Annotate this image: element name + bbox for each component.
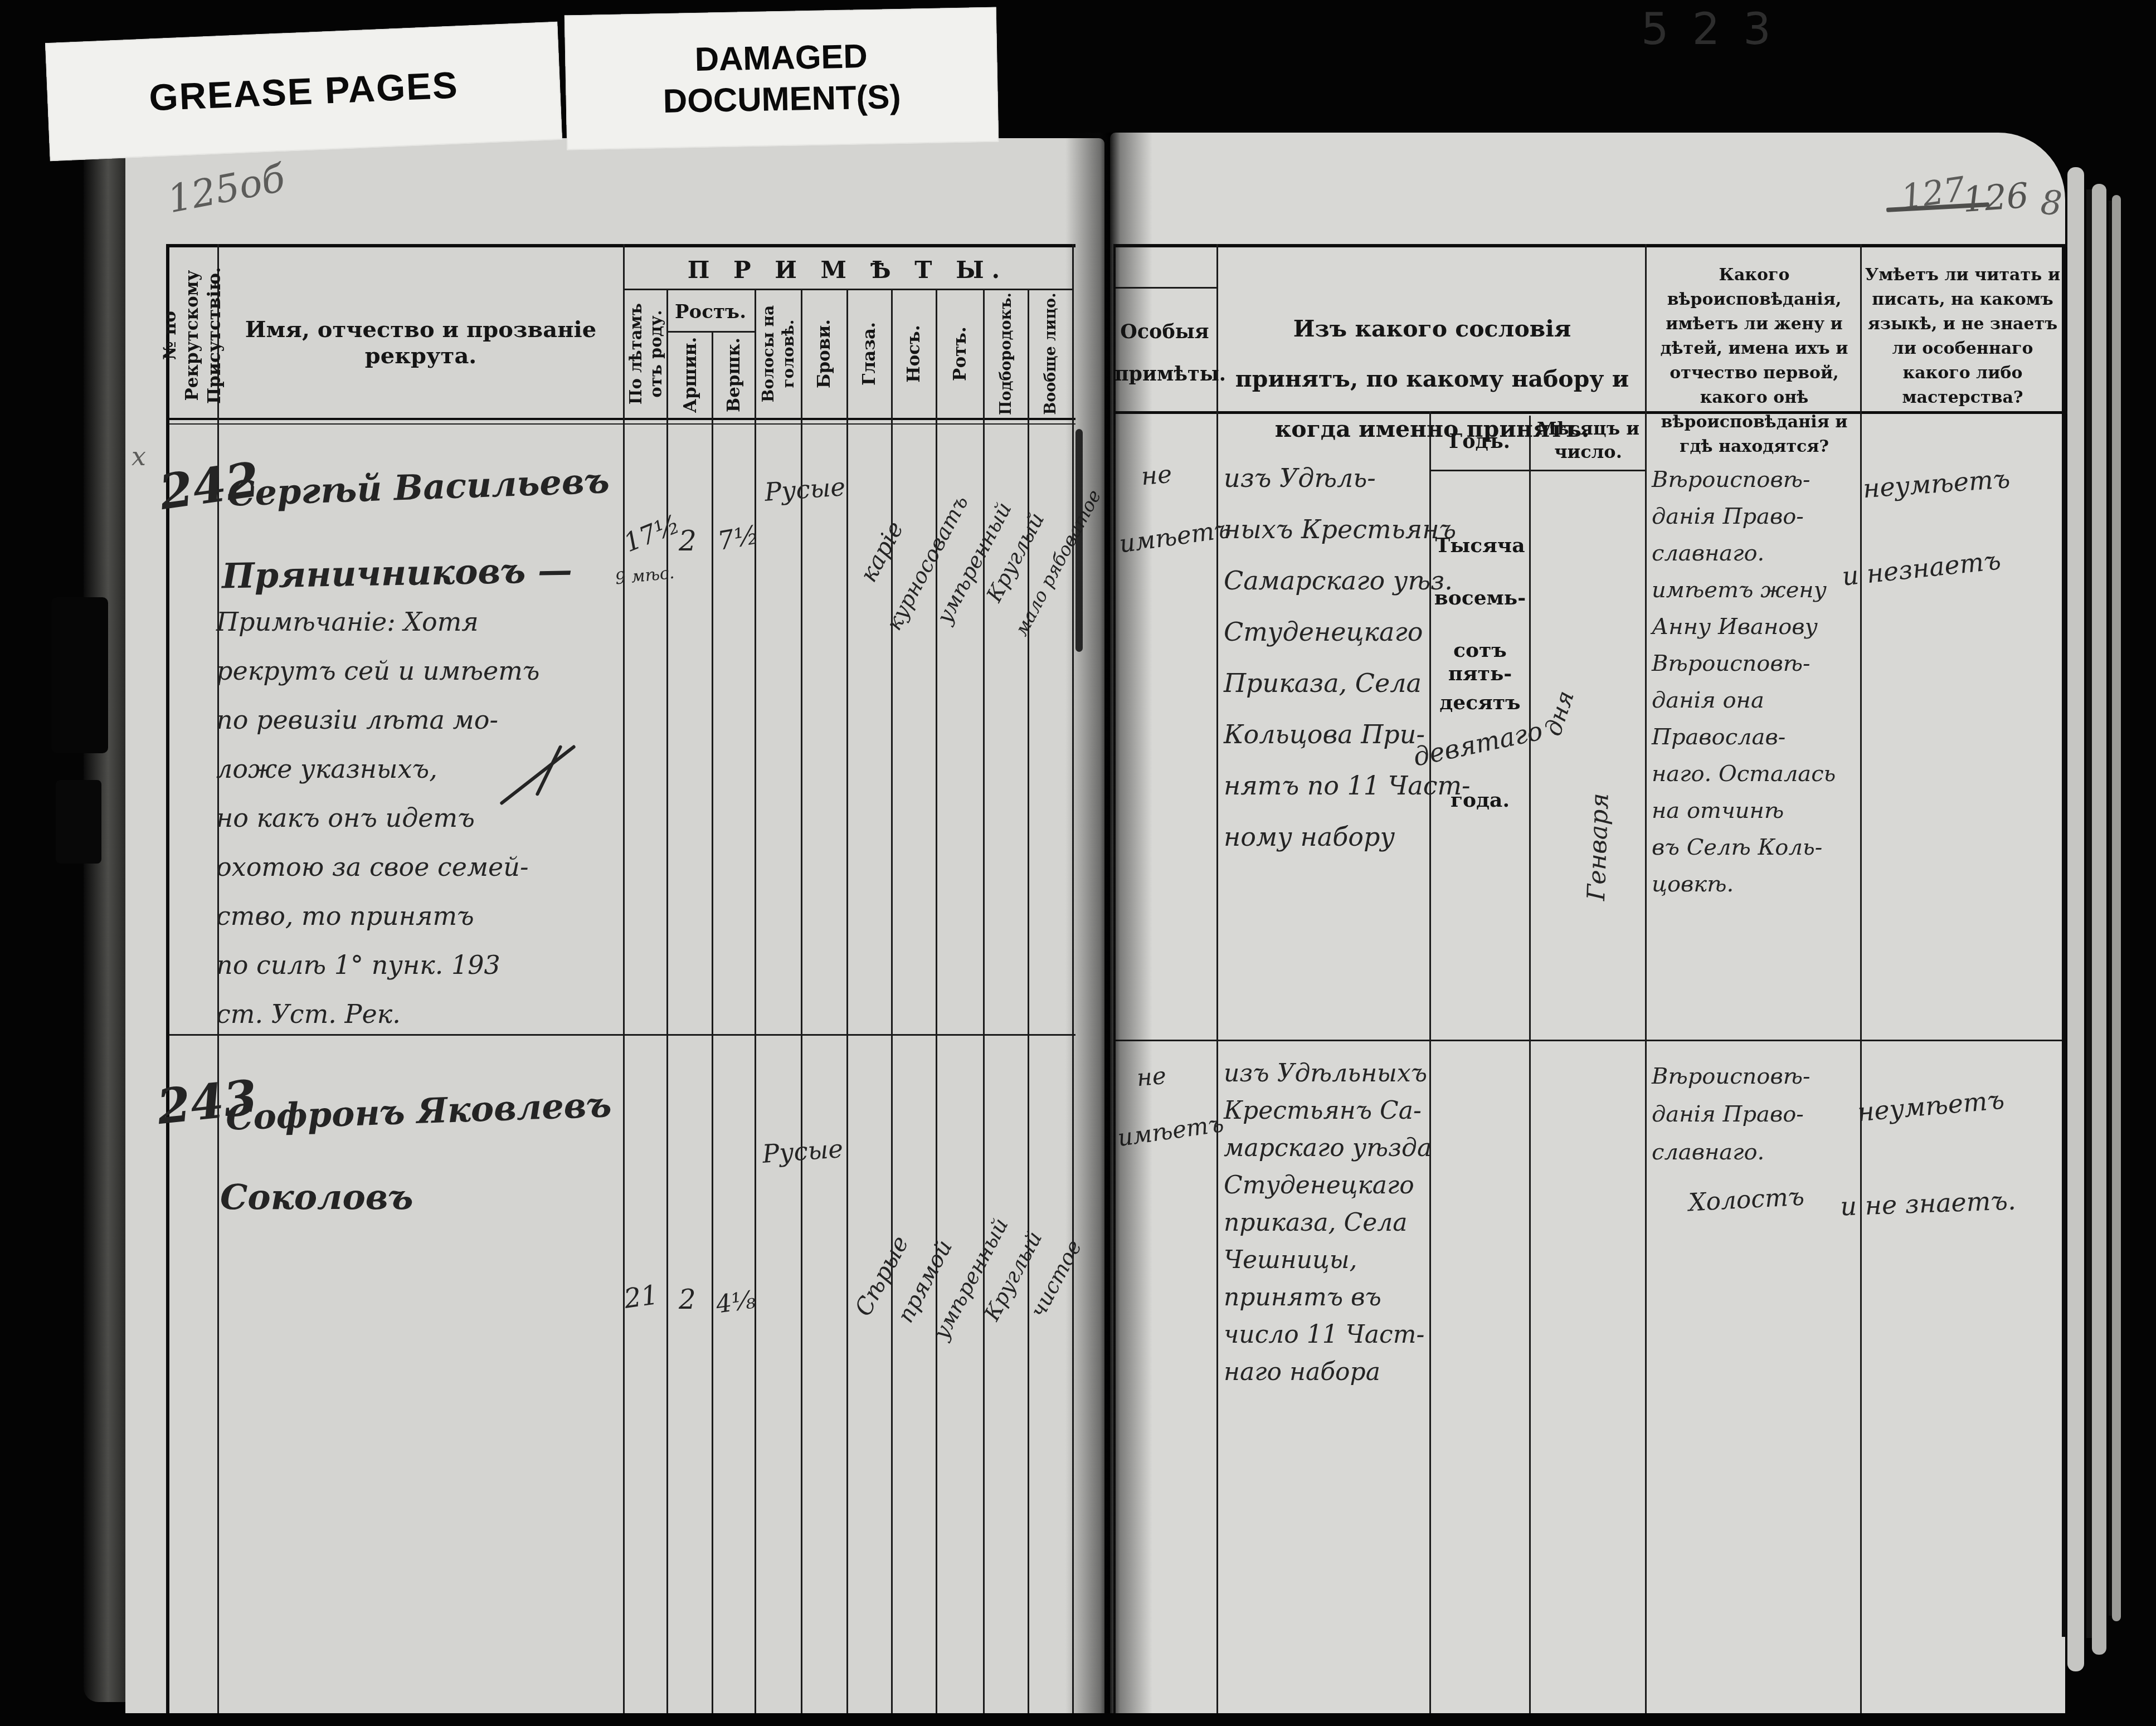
col-header-brovi: Брови. (803, 291, 845, 417)
soslovie-line: принятъ въ (1224, 1279, 1430, 1316)
col-header-recruit-number: № по Рекрутскому Присутствію. (168, 254, 216, 417)
soslovie-line: Студенецкаго (1224, 606, 1430, 657)
table-line (1645, 244, 1647, 1713)
note-line: Примѣчаніе: Хотя (216, 597, 623, 646)
vershok-value: 4⅛ (714, 1285, 757, 1319)
table-line (1216, 244, 1218, 1713)
page-edge-gap-1 (2086, 189, 2092, 1638)
vera-entry: Вѣроисповѣ- данія Право- славнаго. (1652, 1057, 1858, 1171)
soslovie-line: Приказа, Села (1224, 657, 1430, 709)
table-line (1429, 470, 1647, 471)
arshin-value: 2 (679, 1284, 696, 1315)
table-line (666, 331, 755, 333)
edge-number: 8 (2040, 183, 2063, 223)
soslovie-line: ному набору (1224, 811, 1430, 862)
page-edge-stack-1 (2067, 167, 2084, 1671)
table-line (2062, 244, 2066, 1637)
recruit-name-line: Соколовъ (220, 1177, 413, 1217)
soslovie-line: Крестьянъ Са- (1224, 1092, 1430, 1129)
vera-line: Вѣроисповѣ- (1652, 1057, 1858, 1095)
soslovie-line: Студенецкаго (1224, 1167, 1430, 1204)
soslovie-line: наго набора (1224, 1353, 1430, 1391)
col-header-podborodok: Подбородокъ. (985, 291, 1026, 417)
soslovie-line: приказа, Села (1224, 1204, 1430, 1241)
table-line (1113, 1040, 2065, 1041)
note-line: рекрутъ сей и имѣетъ (216, 646, 623, 695)
soslovie-line: число 11 Част- (1224, 1316, 1430, 1353)
vera-line: въ Селѣ Коль- (1652, 829, 1858, 866)
col-header-name: Имя, отчество и прозваніе рекрута. (223, 316, 619, 369)
page-edge-stack-2 (2092, 184, 2106, 1655)
table-line (936, 289, 937, 1713)
year-printed-line: Тысяча (1430, 534, 1530, 557)
month-handwritten: Генваря (1582, 793, 1614, 901)
damaged-label-line2: DOCUMENT(S) (663, 76, 901, 122)
year-printed-line: года. (1430, 788, 1530, 812)
vera-entry: Вѣроисповѣ- данія Право- славнаго. имѣет… (1652, 461, 1858, 903)
volosy-value: Русые (763, 472, 846, 507)
vera-line: наго. Осталась (1652, 755, 1858, 792)
vera-line: Анну Иванову (1652, 608, 1858, 645)
col-header-primety-banner: П Р И М Ѣ Т Ы. (623, 256, 1072, 284)
year-printed-line: восемь- (1430, 586, 1530, 610)
grease-pages-label-text: GREASE PAGES (148, 64, 459, 119)
col-header-nos: Носъ. (893, 291, 935, 417)
book-spine (84, 148, 128, 1702)
table-line (166, 244, 1075, 247)
note-line: охотою за свое семей- (216, 842, 623, 891)
table-line (1113, 244, 2067, 247)
table-line (166, 423, 1075, 425)
book-clasp-top (51, 597, 108, 753)
soslovie-line: Чешницы, (1224, 1241, 1430, 1279)
soslovie-entry: изъ Удѣльныхъ Крестьянъ Са- марскаго уѣз… (1224, 1055, 1430, 1391)
table-line (891, 289, 893, 1713)
table-line (666, 289, 668, 1713)
soslovie-line: нятъ по 11 Част- (1224, 760, 1430, 811)
col-header-mesyats: Мѣсяцъ и число. (1532, 417, 1644, 464)
soslovie-line: марскаго уѣзда (1224, 1129, 1430, 1167)
soslovie-line: Кольцова При- (1224, 709, 1430, 760)
note-line: по силѣ 1° пунк. 193 (216, 940, 623, 989)
vera-line: данія она (1652, 682, 1858, 719)
microfilm-scan: 523 GREASE PAGES DAMAGED DOCUMENT(S) 125… (0, 0, 2156, 1726)
faint-frame-number: 523 (1641, 4, 1794, 55)
vera-line: Холостъ (1688, 1183, 1805, 1217)
col-header-rot: Ротъ. (938, 291, 982, 417)
vera-line: данія Право- (1652, 1095, 1858, 1133)
soslovie-entry: изъ Удѣль- ныхъ Крестьянъ Самарскаго уѣз… (1224, 452, 1430, 862)
vera-line: Вѣроисповѣ- (1652, 461, 1858, 498)
vera-line: Вѣроисповѣ- (1652, 645, 1858, 682)
note-line: но какъ онъ идетъ (216, 793, 623, 842)
table-line (623, 244, 625, 1713)
arshin-value: 2 (679, 525, 697, 557)
margin-mark: х (132, 441, 146, 471)
table-line (846, 289, 848, 1713)
table-line (1529, 416, 1531, 1713)
vera-line: славнаго. (1652, 535, 1858, 572)
note-line: по ревизіи лѣта мо- (216, 695, 623, 744)
col-header-age: По лѣтамъ отъ роду. (626, 291, 665, 417)
col-header-litso: Вообще лицо. (1030, 291, 1071, 417)
vera-line: имѣетъ жену (1652, 572, 1858, 608)
vera-line: на отчинѣ (1652, 792, 1858, 829)
record-note: Примѣчаніе: Хотя рекрутъ сей и имѣетъ по… (216, 597, 623, 1038)
table-line (712, 331, 713, 1713)
folio-number-current: 126 (1962, 175, 2030, 220)
gramota-value-line: и не знаетъ. (1839, 1186, 2016, 1222)
page-edge-stack-3 (2112, 195, 2121, 1621)
damaged-label-line1: DAMAGED (694, 36, 868, 80)
damaged-document-label: DAMAGED DOCUMENT(S) (564, 7, 999, 150)
soslovie-line: изъ Удѣль- (1224, 452, 1430, 504)
vera-line: цовкѣ. (1652, 866, 1858, 903)
note-line: ство, то принятъ (216, 891, 623, 940)
vera-line: славнаго. (1652, 1133, 1858, 1171)
soslovie-line: изъ Удѣльныхъ (1224, 1055, 1430, 1092)
year-printed-line: десятъ (1430, 691, 1530, 714)
table-line (1860, 244, 1862, 1713)
vera-line: данія Право- (1652, 498, 1858, 535)
volosy-value: Русые (761, 1134, 844, 1169)
col-header-volosy: Волосы на головѣ. (757, 291, 800, 417)
table-line (1028, 289, 1029, 1713)
table-line (755, 289, 756, 1713)
table-line (983, 289, 985, 1713)
note-line: ложе указныхъ, (216, 744, 623, 793)
col-header-vershok: Вершк. (714, 333, 753, 417)
recruit-name-line: Пряничниковъ — (221, 550, 572, 597)
col-header-arshin: Аршин. (670, 333, 710, 417)
year-printed-line: сотъ пять- (1427, 638, 1534, 685)
book-clasp-bottom (56, 780, 101, 864)
book-gutter (1065, 133, 1152, 1713)
col-header-god: Годъ. (1429, 430, 1530, 453)
grease-pages-label: GREASE PAGES (45, 22, 562, 161)
age-value: 21 (622, 1279, 660, 1315)
soslovie-line: Самарскаго уѣз. (1224, 555, 1430, 606)
col-header-vera: Какого вѣроисповѣданія, имѣетъ ли жену и… (1651, 263, 1858, 459)
vera-line: Православ- (1652, 719, 1858, 755)
note-line: ст. Уст. Рек. (216, 989, 623, 1038)
col-header-rost: Ростъ. (669, 301, 752, 323)
col-header-gramota: Умѣетъ ли читать и писать, на какомъ язы… (1865, 263, 2061, 410)
soslovie-line: ныхъ Крестьянъ (1224, 504, 1430, 555)
table-line (166, 418, 1075, 420)
col-header-glaza: Глаза. (849, 291, 890, 417)
